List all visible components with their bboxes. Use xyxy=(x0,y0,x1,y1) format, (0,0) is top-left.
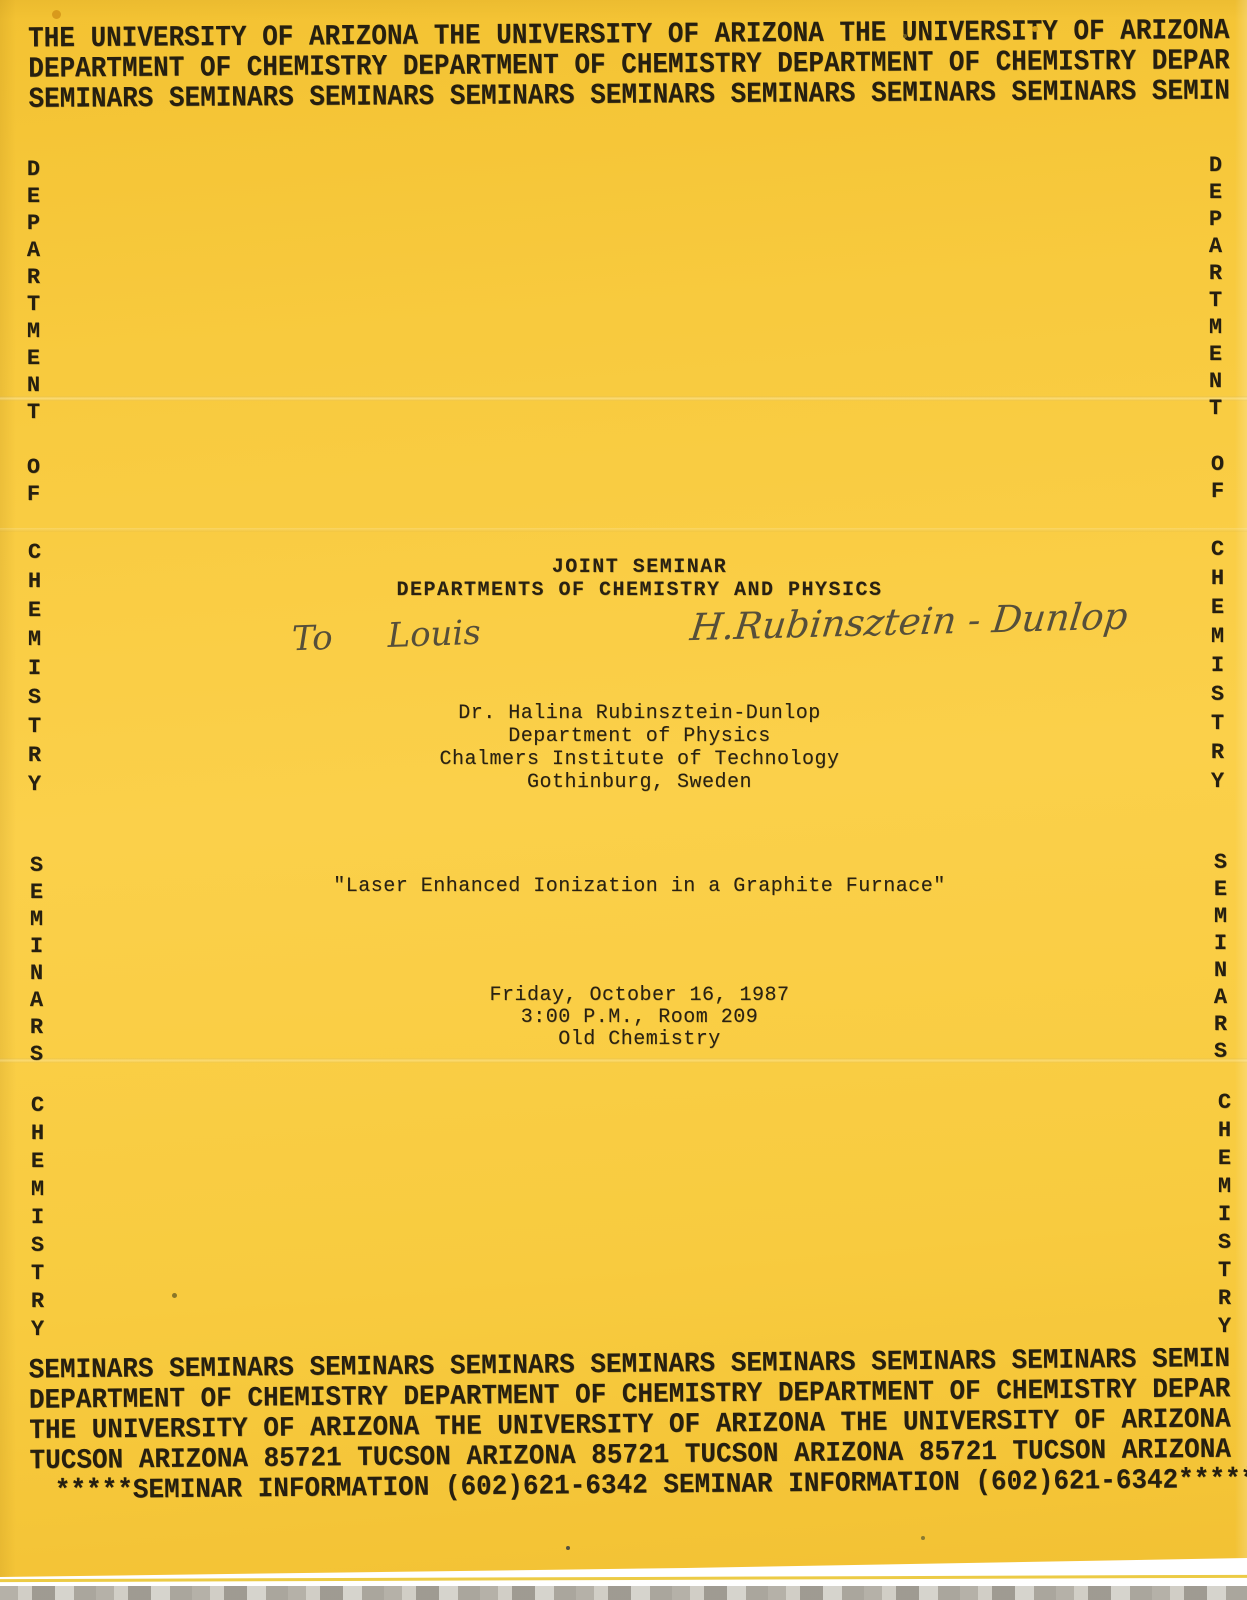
speaker-name: Dr. Halina Rubinsztein-Dunlop xyxy=(16,702,1247,725)
paper-speck xyxy=(921,1536,925,1540)
handwriting-gap xyxy=(333,647,388,649)
schedule-date: Friday, October 16, 1987 xyxy=(16,985,1247,1007)
handwritten-to: To xyxy=(291,618,333,659)
left-margin-word-of: OF xyxy=(21,455,46,509)
right-margin-word-department: DEPARTMENT xyxy=(1203,153,1228,423)
speaker-block: Dr. Halina Rubinsztein-Dunlop Department… xyxy=(16,702,1247,794)
schedule-time-room: 3:00 P.M., Room 209 xyxy=(16,1007,1247,1029)
schedule-block: Friday, October 16, 1987 3:00 P.M., Room… xyxy=(16,985,1247,1051)
paper-speck xyxy=(566,1546,570,1550)
bottom-border: SEMINARS SEMINARS SEMINARS SEMINARS SEMI… xyxy=(29,1343,1247,1506)
right-margin-word-of: OF xyxy=(1205,452,1230,506)
speaker-institution: Chalmers Institute of Technology xyxy=(16,748,1247,771)
paper-speck xyxy=(52,10,61,19)
handwritten-louis: Louis xyxy=(387,613,482,656)
paper-edge-line xyxy=(0,1575,1247,1582)
paper-speck xyxy=(1032,26,1038,32)
top-border: THE UNIVERSITY OF ARIZONA THE UNIVERSITY… xyxy=(28,15,1247,114)
handwritten-dedication: ToLouis xyxy=(291,613,481,660)
speaker-department: Department of Physics xyxy=(16,725,1247,748)
speaker-location: Gothinburg, Sweden xyxy=(16,771,1247,794)
paper-speck xyxy=(172,1293,177,1298)
heading-line-joint-seminar: JOINT SEMINAR xyxy=(16,556,1247,579)
paper-speck xyxy=(903,34,907,38)
left-margin-word-chemistry-2: CHEMISTRY xyxy=(25,1093,50,1345)
schedule-building: Old Chemistry xyxy=(16,1029,1247,1051)
talk-title: "Laser Enhanced Ionization in a Graphite… xyxy=(16,875,1247,898)
seminar-heading: JOINT SEMINAR DEPARTMENTS OF CHEMISTRY A… xyxy=(16,556,1247,602)
scanner-edge-strip xyxy=(0,1586,1247,1600)
left-margin-word-department: DEPARTMENT xyxy=(21,157,46,427)
right-margin-word-chemistry-2: CHEMISTRY xyxy=(1212,1090,1237,1342)
